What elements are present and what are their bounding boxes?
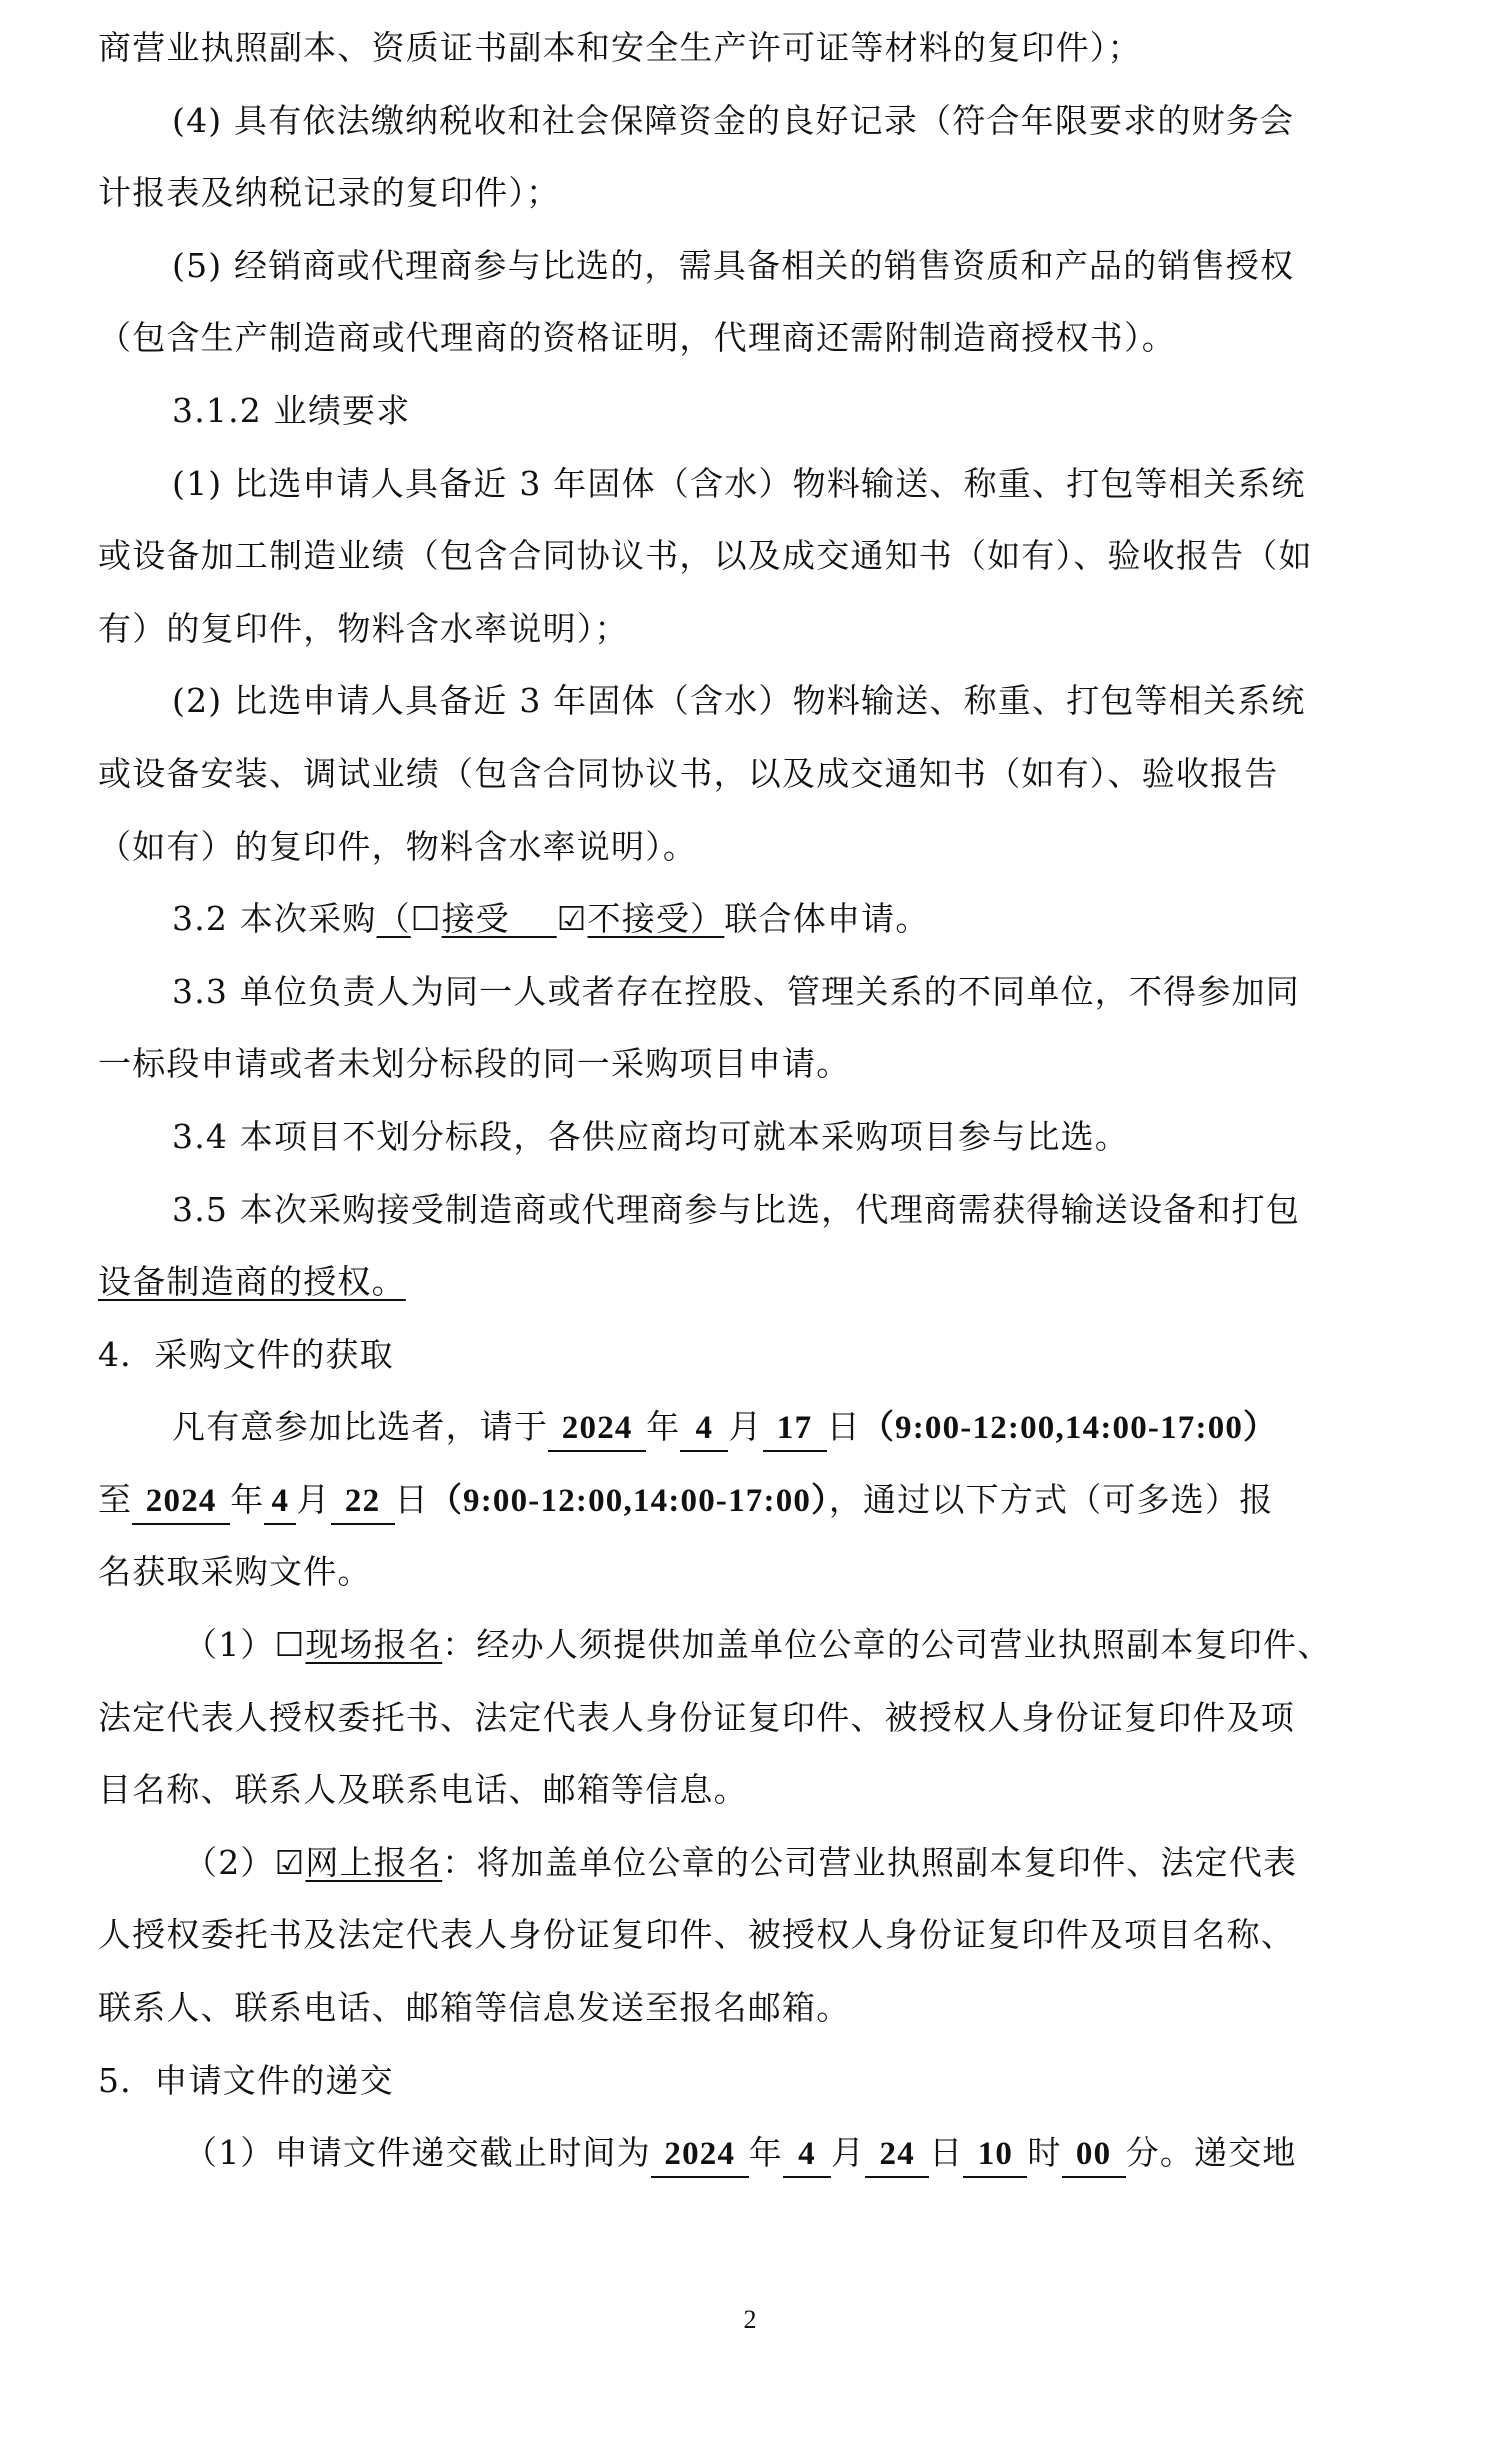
end-month: 4 bbox=[264, 1479, 296, 1525]
text: 日 bbox=[827, 1407, 861, 1446]
end-day: 22 bbox=[331, 1479, 395, 1525]
onsite-option: ☐现场报名 bbox=[275, 1625, 443, 1664]
onsite-registration: （1）☐现场报名：经办人须提供加盖单位公章的公司营业执照副本复印件、 bbox=[98, 1615, 1396, 1688]
text-line: 一标段申请或者未划分标段的同一采购项目申请。 bbox=[98, 1034, 1396, 1107]
option-label: 网上报名 bbox=[305, 1843, 442, 1882]
clause-text: 联合体申请。 bbox=[724, 899, 929, 938]
text: 月 bbox=[296, 1480, 330, 1519]
underlined-text: 设备制造商的授权。 bbox=[98, 1262, 406, 1301]
text-line: 法定代表人授权委托书、法定代表人身份证复印件、被授权人身份证复印件及项 bbox=[98, 1688, 1396, 1761]
deadline-hour: 10 bbox=[963, 2132, 1027, 2178]
text: 日 bbox=[395, 1480, 429, 1519]
end-time-range: （9:00-12:00,14:00-17:00） bbox=[429, 1483, 829, 1519]
section-heading-3-1-2: 3.1.2 业绩要求 bbox=[98, 381, 1396, 454]
start-day: 17 bbox=[763, 1406, 827, 1452]
consortium-options: （☐接受 ☑不接受） bbox=[377, 899, 725, 938]
text: （1）申请文件递交截止时间为 bbox=[184, 2133, 651, 2172]
online-option: ☑网上报名 bbox=[275, 1843, 443, 1882]
option-accept: 接受 bbox=[442, 899, 510, 938]
text: 凡有意参加比选者，请于 bbox=[172, 1407, 548, 1446]
text: 年 bbox=[749, 2133, 783, 2172]
text: 年 bbox=[646, 1407, 680, 1446]
text: ，通过以下方式（可多选）报 bbox=[829, 1480, 1274, 1519]
deadline-month: 4 bbox=[783, 2132, 831, 2178]
acquisition-period-end: 至2024年4月22日（9:00-12:00,14:00-17:00），通过以下… bbox=[98, 1470, 1396, 1543]
clause-3-5: 3.5 本次采购接受制造商或代理商参与比选，代理商需获得输送设备和打包 bbox=[98, 1180, 1396, 1253]
text: 年 bbox=[230, 1480, 264, 1519]
acquisition-period: 凡有意参加比选者，请于2024年4月17日（9:00-12:00,14:00-1… bbox=[98, 1397, 1396, 1470]
start-month: 4 bbox=[680, 1406, 728, 1452]
unchecked-box-icon: ☐ bbox=[411, 889, 442, 949]
text: 。递交地 bbox=[1160, 2133, 1297, 2172]
text-line: 或设备加工制造业绩（包含合同协议书，以及成交通知书（如有）、验收报告（如 bbox=[98, 526, 1396, 599]
paren: （ bbox=[377, 899, 411, 938]
clause-3-4: 3.4 本项目不划分标段，各供应商均可就本采购项目参与比选。 bbox=[98, 1107, 1396, 1180]
page-number: 2 bbox=[0, 2305, 1500, 2335]
start-time-range: （9:00-12:00,14:00-17:00） bbox=[861, 1410, 1278, 1446]
text-line: （如有）的复印件，物料含水率说明）。 bbox=[98, 817, 1396, 890]
text: 月 bbox=[728, 1407, 762, 1446]
text: 日 bbox=[929, 2133, 963, 2172]
performance-req-1: (1) 比选申请人具备近 3 年固体（含水）物料输送、称重、打包等相关系统 bbox=[98, 454, 1396, 527]
deadline-day: 24 bbox=[865, 2132, 929, 2178]
option-not-accept: 不接受） bbox=[588, 899, 725, 938]
text-line: 有）的复印件，物料含水率说明）； bbox=[98, 599, 1396, 672]
text-line: 名获取采购文件。 bbox=[98, 1542, 1396, 1615]
checked-box-icon: ☑ bbox=[275, 1833, 306, 1893]
requirement-5: (5) 经销商或代理商参与比选的，需具备相关的销售资质和产品的销售授权 bbox=[98, 236, 1396, 309]
text-line: 人授权委托书及法定代表人身份证复印件、被授权人身份证复印件及项目名称、 bbox=[98, 1905, 1396, 1978]
deadline-year: 2024 bbox=[651, 2132, 749, 2178]
start-year: 2024 bbox=[548, 1406, 646, 1452]
document-page: 商营业执照副本、资质证书副本和安全生产许可证等材料的复印件）； (4) 具有依法… bbox=[98, 18, 1396, 2196]
unchecked-box-icon: ☐ bbox=[275, 1615, 306, 1675]
deadline-minute: 00 bbox=[1062, 2132, 1126, 2178]
text-line: 联系人、联系电话、邮箱等信息发送至报名邮箱。 bbox=[98, 1978, 1396, 2051]
text-line: 设备制造商的授权。 bbox=[98, 1252, 1396, 1325]
text: 月 bbox=[831, 2133, 865, 2172]
checked-box-icon: ☑ bbox=[557, 889, 588, 949]
text: 至 bbox=[98, 1480, 132, 1519]
end-year: 2024 bbox=[132, 1479, 230, 1525]
text-line: 或设备安装、调试业绩（包含合同协议书，以及成交通知书（如有）、验收报告 bbox=[98, 744, 1396, 817]
clause-3-2: 3.2 本次采购（☐接受 ☑不接受）联合体申请。 bbox=[98, 889, 1396, 962]
submission-deadline: （1）申请文件递交截止时间为2024年4月24日10时00分。递交地 bbox=[98, 2123, 1396, 2196]
clause-text: 3.2 本次采购 bbox=[172, 899, 377, 938]
performance-req-2: (2) 比选申请人具备近 3 年固体（含水）物料输送、称重、打包等相关系统 bbox=[98, 671, 1396, 744]
text: 时 bbox=[1027, 2133, 1061, 2172]
section-heading-4: 4．采购文件的获取 bbox=[98, 1325, 1396, 1398]
text: ：将加盖单位公章的公司营业执照副本复印件、法定代表 bbox=[442, 1843, 1297, 1882]
text-line: （包含生产制造商或代理商的资格证明，代理商还需附制造商授权书）。 bbox=[98, 308, 1396, 381]
clause-3-3: 3.3 单位负责人为同一人或者存在控股、管理关系的不同单位，不得参加同 bbox=[98, 962, 1396, 1035]
option-label: 现场报名 bbox=[305, 1625, 442, 1664]
online-registration: （2）☑网上报名：将加盖单位公章的公司营业执照副本复印件、法定代表 bbox=[98, 1833, 1396, 1906]
text: （2） bbox=[184, 1843, 275, 1882]
text: ：经办人须提供加盖单位公章的公司营业执照副本复印件、 bbox=[442, 1625, 1331, 1664]
text-line: 计报表及纳税记录的复印件）； bbox=[98, 163, 1396, 236]
text: 分 bbox=[1126, 2133, 1160, 2172]
text-line: 目名称、联系人及联系电话、邮箱等信息。 bbox=[98, 1760, 1396, 1833]
text: （1） bbox=[184, 1625, 275, 1664]
text-line: 商营业执照副本、资质证书副本和安全生产许可证等材料的复印件）； bbox=[98, 18, 1396, 91]
requirement-4: (4) 具有依法缴纳税收和社会保障资金的良好记录（符合年限要求的财务会 bbox=[98, 91, 1396, 164]
section-heading-5: 5．申请文件的递交 bbox=[98, 2051, 1396, 2124]
